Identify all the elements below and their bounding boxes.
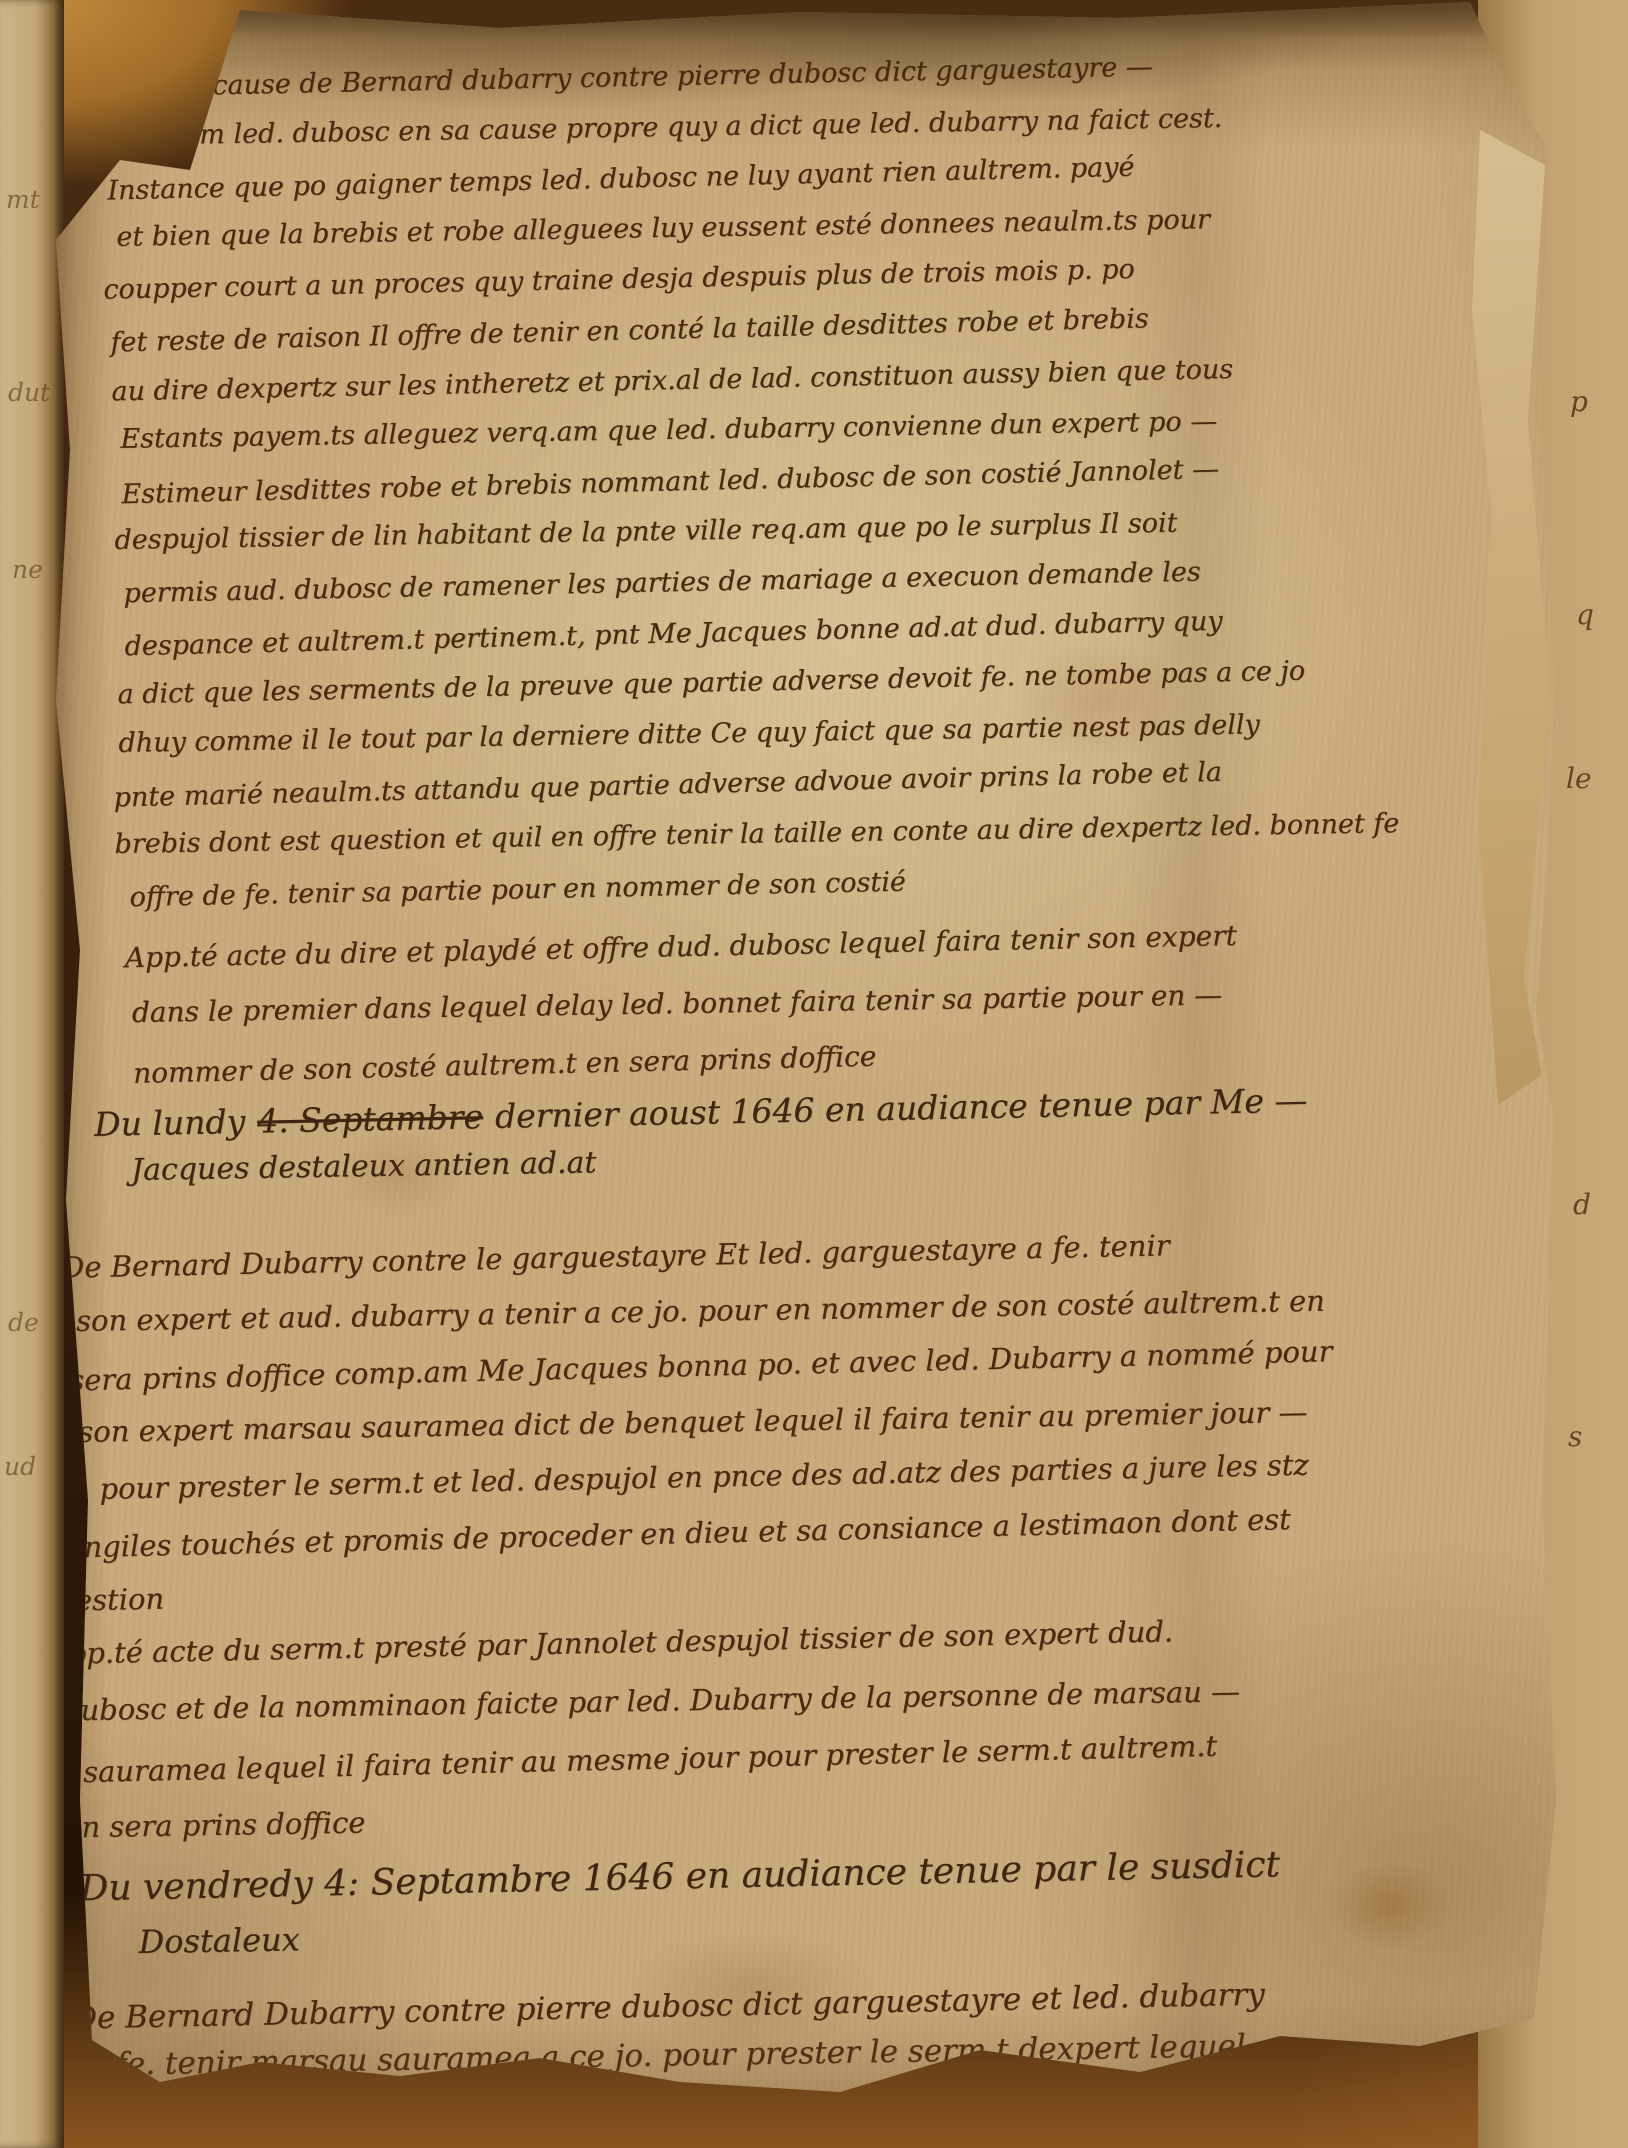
edge-text-fragment: d xyxy=(1573,1188,1591,1221)
heading-suffix: dernier aoust 1646 en audiance tenue par… xyxy=(495,1081,1308,1136)
handwriting-layer: En la cause de Bernard dubarry contre pi… xyxy=(0,0,1628,2148)
entry-1: En la cause de Bernard dubarry contre pi… xyxy=(99,38,1401,924)
manuscript-photo: mt dut ne de ud p q le d s En la cause d… xyxy=(0,0,1628,2148)
entry-3: De Bernard Dubarry contre pierre dubosc … xyxy=(72,1971,1267,2093)
edge-text-fragment: mt xyxy=(6,185,40,214)
edge-text-fragment: ne xyxy=(12,555,43,584)
edge-text-fragment: s xyxy=(1568,1420,1582,1453)
court-order-2: App.té acte du serm.t presté par Jannole… xyxy=(46,1601,1243,1859)
session-heading-2: Du vendredy 4: Septambre 1646 en audianc… xyxy=(79,1836,1282,1974)
manuscript-page: En la cause de Bernard dubarry contre pi… xyxy=(0,0,1628,2148)
edge-text-fragment: dut xyxy=(8,378,50,407)
edge-text-fragment: ud xyxy=(4,1452,36,1481)
heading-prefix: Du lundy xyxy=(94,1102,246,1144)
struck-through-date: 4. Septambre xyxy=(257,1097,484,1141)
edge-text-fragment: le xyxy=(1566,762,1592,795)
edge-text-fragment: de xyxy=(8,1308,39,1337)
edge-text-fragment: q xyxy=(1576,598,1594,631)
entry-2: De Bernard Dubarry contre le garguestayr… xyxy=(60,1215,1337,1629)
court-order-1: App.té acte du dire et playdé et offre d… xyxy=(124,907,1239,1100)
edge-text-fragment: p xyxy=(1570,385,1588,418)
facing-page-edge: mt dut ne de ud xyxy=(0,0,64,2148)
